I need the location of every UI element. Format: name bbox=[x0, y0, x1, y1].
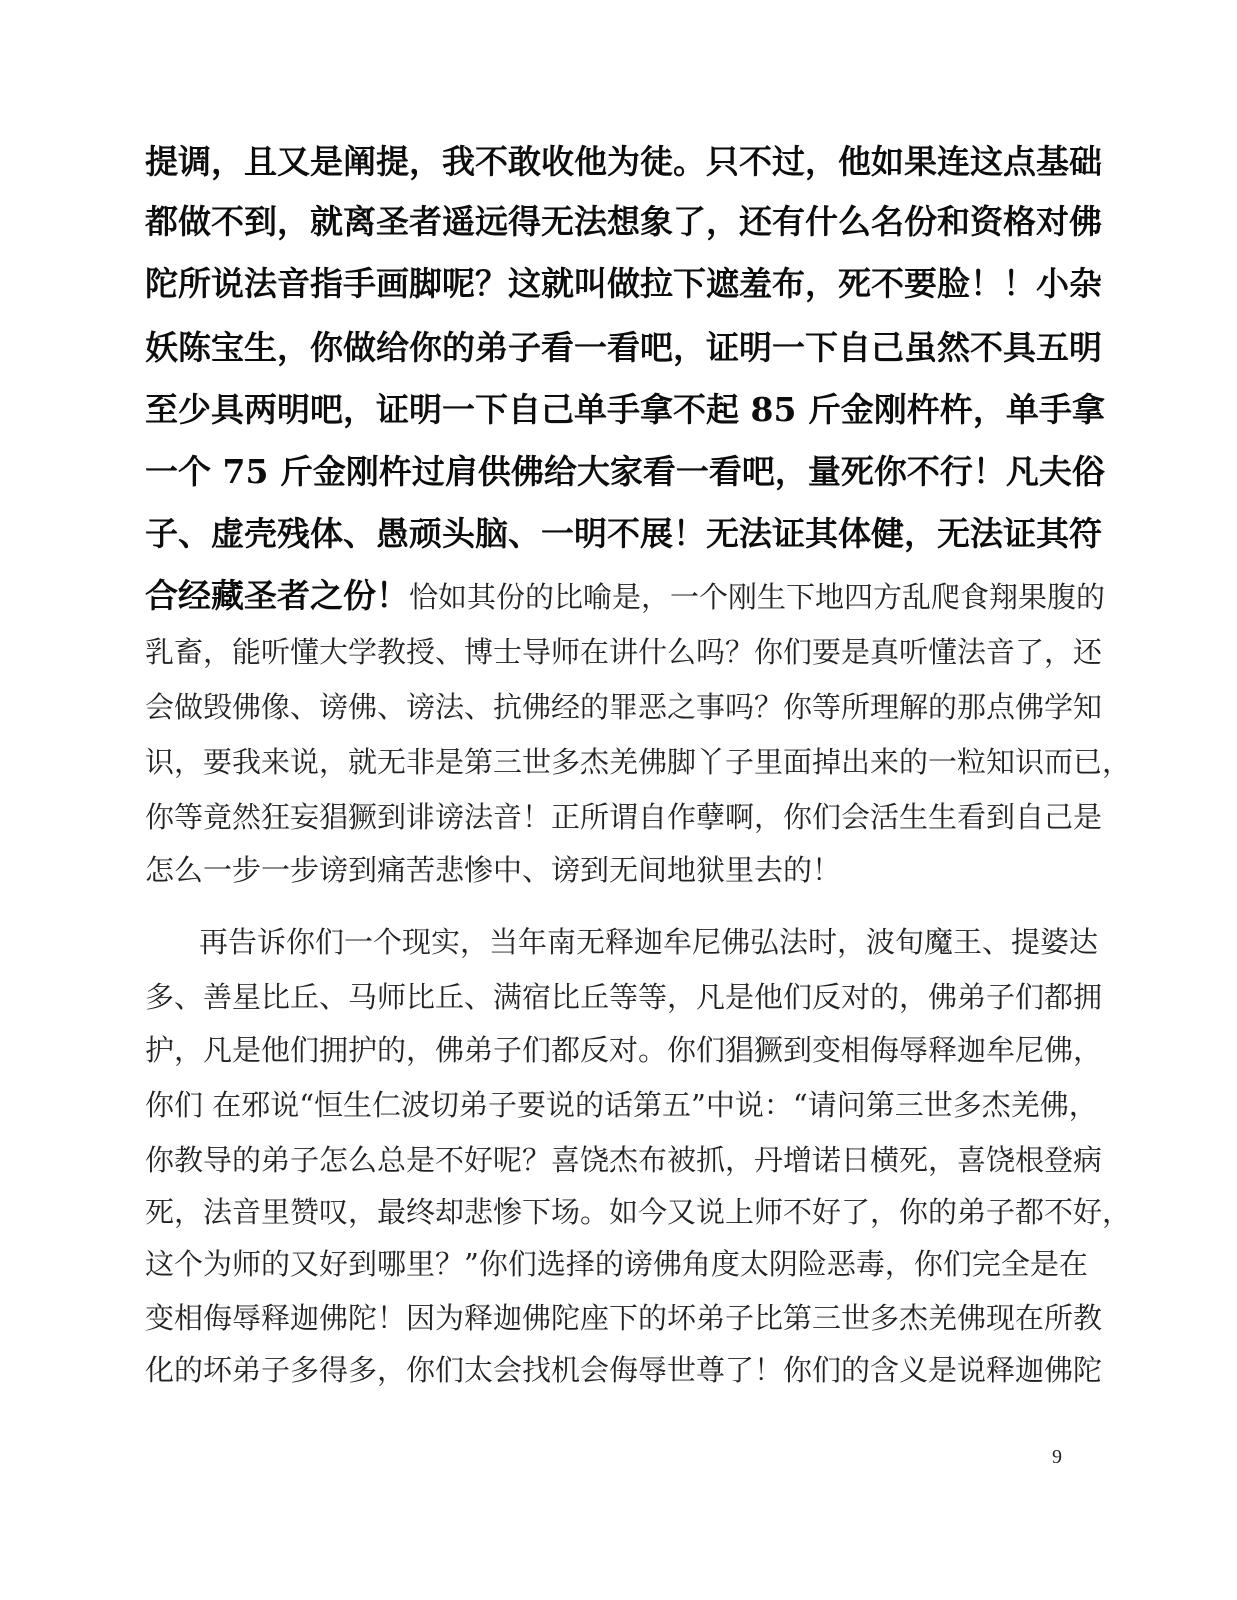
paragraph-2-line-1: 再告诉你们一个现实，当年南无释迦牟尼佛弘法时，波旬魔王、提婆达 bbox=[199, 924, 1070, 960]
paragraph-1-line-9: 乳畜，能听懂大学教授、博士导师在讲什么吗？你们要是真听懂法音了，还 bbox=[145, 634, 1070, 670]
paragraph-1-line-4: 妖陈宝生，你做给你的弟子看一看吧，证明一下自己虽然不具五明 bbox=[145, 328, 1070, 368]
paragraph-1-line-8: 合经藏圣者之份！恰如其份的比喻是，一个刚生下地四方乱爬食翔果腹的 bbox=[145, 576, 1070, 622]
paragraph-1-line-10: 会做毁佛像、谤佛、谤法、抗佛经的罪恶之事吗？你等所理解的那点佛学知 bbox=[145, 689, 1070, 725]
document-page: 提调，且又是阐提，我不敢收他为徒。只不过，他如果连这点基础 都做不到，就离圣者遥… bbox=[0, 0, 1237, 1600]
paragraph-2-line-6: 死，法音里赞叹，最终却悲惨下场。如今又说上师不好了，你的弟子都不好， bbox=[145, 1194, 1070, 1230]
paragraph-1-line-12: 你等竟然狂妄猖獗到诽谤法音！正所谓自作孽啊，你们会活生生看到自己是 bbox=[145, 799, 1070, 835]
regular-text: 恰如其份的比喻是，一个刚生下地四方乱爬食翔果腹的 bbox=[409, 580, 1105, 614]
page-number: 9 bbox=[1052, 1446, 1062, 1469]
paragraph-2-line-8: 变相侮辱释迦佛陀！因为释迦佛陀座下的坏弟子比第三世多杰羌佛现在所教 bbox=[145, 1300, 1070, 1336]
bold-emphasis-text: 合经藏圣者之份！ bbox=[145, 576, 409, 615]
paragraph-1-line-7: 子、虚壳残体、愚顽头脑、一明不展！无法证其体健，无法证其符 bbox=[145, 514, 1070, 554]
paragraph-2-line-4: 你们 在邪说“恒生仁波切弟子要说的话第五”中说：“请问第三世多杰羌佛， bbox=[145, 1087, 1070, 1123]
paragraph-1-line-13: 怎么一步一步谤到痛苦悲惨中、谤到无间地狱里去的！ bbox=[145, 852, 1070, 888]
paragraph-2-line-2: 多、善星比丘、马师比丘、满宿比丘等等，凡是他们反对的，佛弟子们都拥 bbox=[145, 979, 1070, 1015]
paragraph-2-line-3: 护，凡是他们拥护的，佛弟子们都反对。你们猖獗到变相侮辱释迦牟尼佛， bbox=[145, 1032, 1070, 1068]
paragraph-2-line-9: 化的坏弟子多得多，你们太会找机会侮辱世尊了！你们的含义是说释迦佛陀 bbox=[145, 1352, 1070, 1388]
paragraph-1-line-3: 陀所说法音指手画脚呢？这就叫做拉下遮羞布，死不要脸！！小杂 bbox=[145, 264, 1070, 304]
paragraph-2-line-5: 你教导的弟子怎么总是不好呢？喜饶杰布被抓，丹增诺日横死，喜饶根登病 bbox=[145, 1142, 1070, 1178]
paragraph-1-line-2: 都做不到，就离圣者遥远得无法想象了，还有什么名份和资格对佛 bbox=[145, 202, 1070, 242]
paragraph-1-line-11: 识，要我来说，就无非是第三世多杰羌佛脚丫子里面掉出来的一粒知识而已， bbox=[145, 744, 1070, 780]
paragraph-2-line-7: 这个为师的又好到哪里？”你们选择的谤佛角度太阴险恶毒，你们完全是在 bbox=[145, 1246, 1070, 1282]
paragraph-1-line-5: 至少具两明吧，证明一下自己单手拿不起 85 斤金刚杵杵，单手拿 bbox=[145, 390, 1070, 430]
paragraph-1-line-6: 一个 75 斤金刚杵过肩供佛给大家看一看吧，量死你不行！凡夫俗 bbox=[145, 452, 1070, 492]
paragraph-1-line-1: 提调，且又是阐提，我不敢收他为徒。只不过，他如果连这点基础 bbox=[145, 142, 1070, 182]
